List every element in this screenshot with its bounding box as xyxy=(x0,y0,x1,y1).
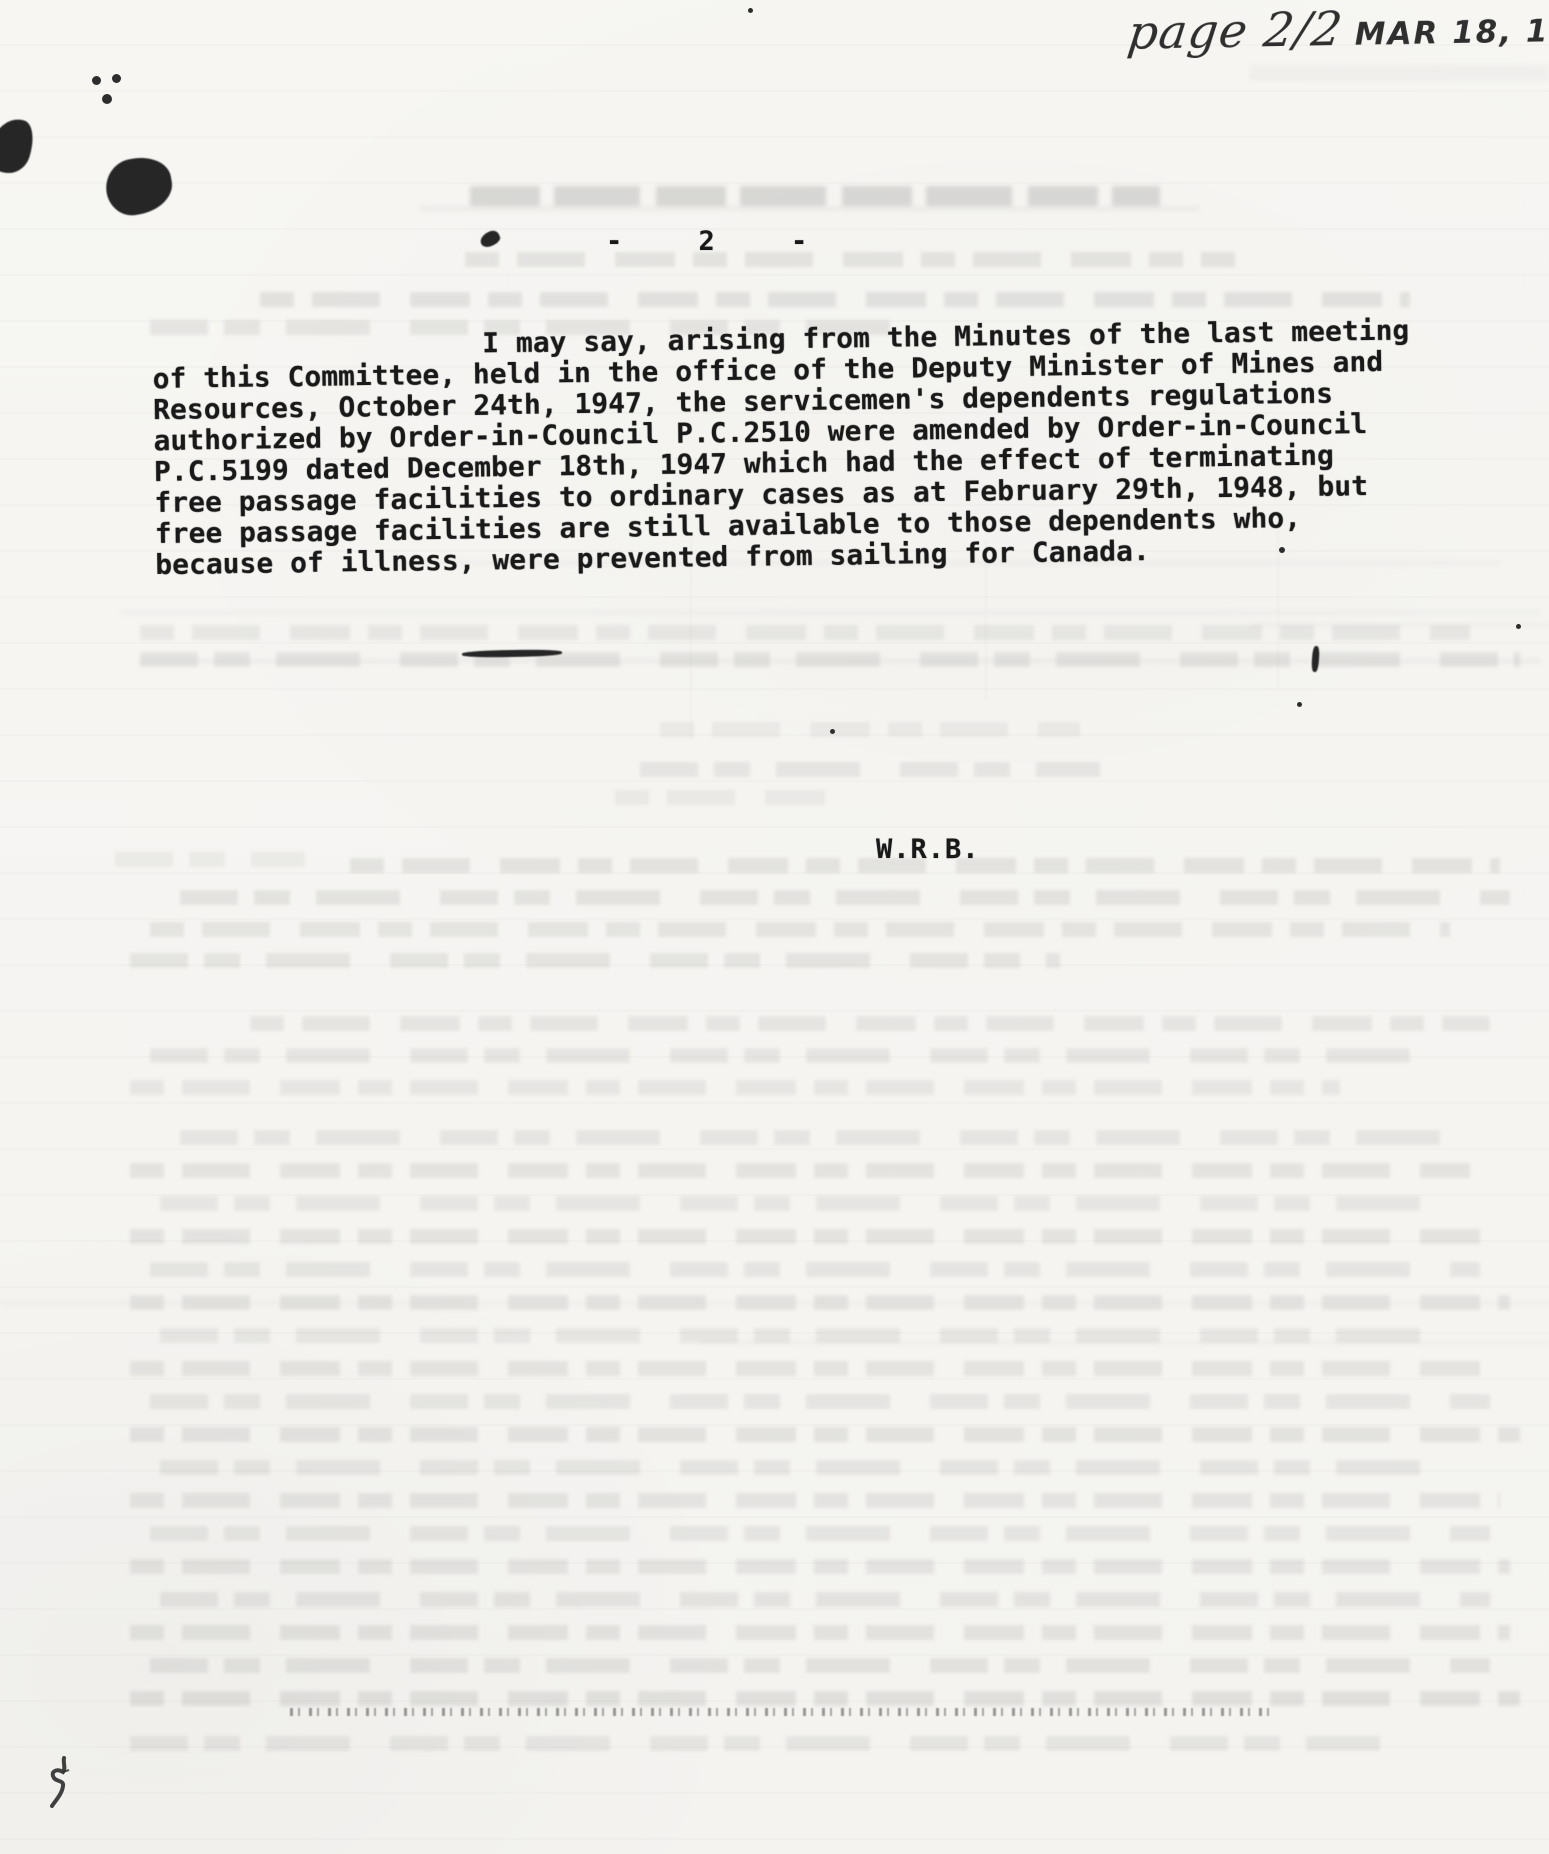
ghost-text-line xyxy=(470,186,1160,206)
ghost-text-line xyxy=(160,1328,1450,1343)
ghost-text-line xyxy=(150,1394,1490,1409)
ghost-text-line xyxy=(130,1361,1490,1376)
ghost-text-line xyxy=(150,1048,1440,1063)
page-number: - 2 - xyxy=(606,226,809,257)
ghost-text-line xyxy=(660,722,1080,737)
ink-blot xyxy=(0,113,40,179)
handwritten-page-note: page 2/2 xyxy=(1125,2,1346,61)
ink-blot xyxy=(1311,646,1320,672)
ghost-text-line xyxy=(130,1559,1510,1574)
ghost-text-line xyxy=(130,1493,1500,1508)
ghost-text-line xyxy=(260,292,1410,307)
ink-speck xyxy=(102,94,112,104)
ghost-speckle-line xyxy=(290,1708,1270,1716)
body-paragraph: I may say, arising from the Minutes of t… xyxy=(152,314,1465,580)
ghost-text-line xyxy=(250,1016,1490,1031)
ghost-text-line xyxy=(150,922,1450,937)
ghost-text-line xyxy=(130,1691,1520,1706)
ghost-text-line xyxy=(615,790,825,805)
ghost-text-line xyxy=(130,1736,1380,1751)
handwritten-date: MAR 18, 1948 xyxy=(1354,12,1549,53)
ghost-text-line xyxy=(130,1427,1520,1442)
ghost-text-line xyxy=(180,890,1510,905)
ghost-text-line xyxy=(130,1229,1490,1244)
handwritten-annotation: page 2/2 MAR 18, 1948 xyxy=(1128,0,1549,61)
ghost-text-line xyxy=(160,1460,1460,1475)
ghost-text-line xyxy=(640,762,1100,777)
ghost-text-line xyxy=(140,625,1470,640)
ink-blot xyxy=(478,228,502,249)
ghost-text-line xyxy=(150,1526,1490,1541)
scanned-document-page: page 2/2 MAR 18, 1948 - 2 - I may say, a… xyxy=(0,0,1549,1854)
ghost-text-line xyxy=(130,1163,1470,1178)
ghost-text-line xyxy=(150,1262,1480,1277)
ghost-text-line xyxy=(180,1130,1450,1145)
ink-speck xyxy=(1516,624,1521,629)
initials: W.R.B. xyxy=(876,834,980,865)
ghost-text-line xyxy=(130,1625,1510,1640)
ghost-text-line xyxy=(160,1196,1460,1211)
ghost-text-line xyxy=(130,1295,1510,1310)
ink-speck xyxy=(748,8,753,13)
ghost-text-line xyxy=(130,1080,1340,1095)
ink-speck xyxy=(112,74,121,83)
ink-speck xyxy=(830,729,835,734)
ink-speck xyxy=(1297,702,1302,707)
ink-blot xyxy=(102,153,177,220)
scan-streak xyxy=(420,205,1200,212)
ghost-text-line xyxy=(150,1658,1490,1673)
ghost-text-line xyxy=(160,1592,1490,1607)
scan-streak xyxy=(1250,65,1549,81)
ink-squiggle-mark xyxy=(42,1756,80,1814)
ghost-text-line xyxy=(465,252,1235,267)
scan-streak xyxy=(120,610,1540,615)
ink-speck xyxy=(92,76,101,85)
ghost-text-line xyxy=(115,852,305,867)
ghost-text-line xyxy=(130,953,1060,968)
